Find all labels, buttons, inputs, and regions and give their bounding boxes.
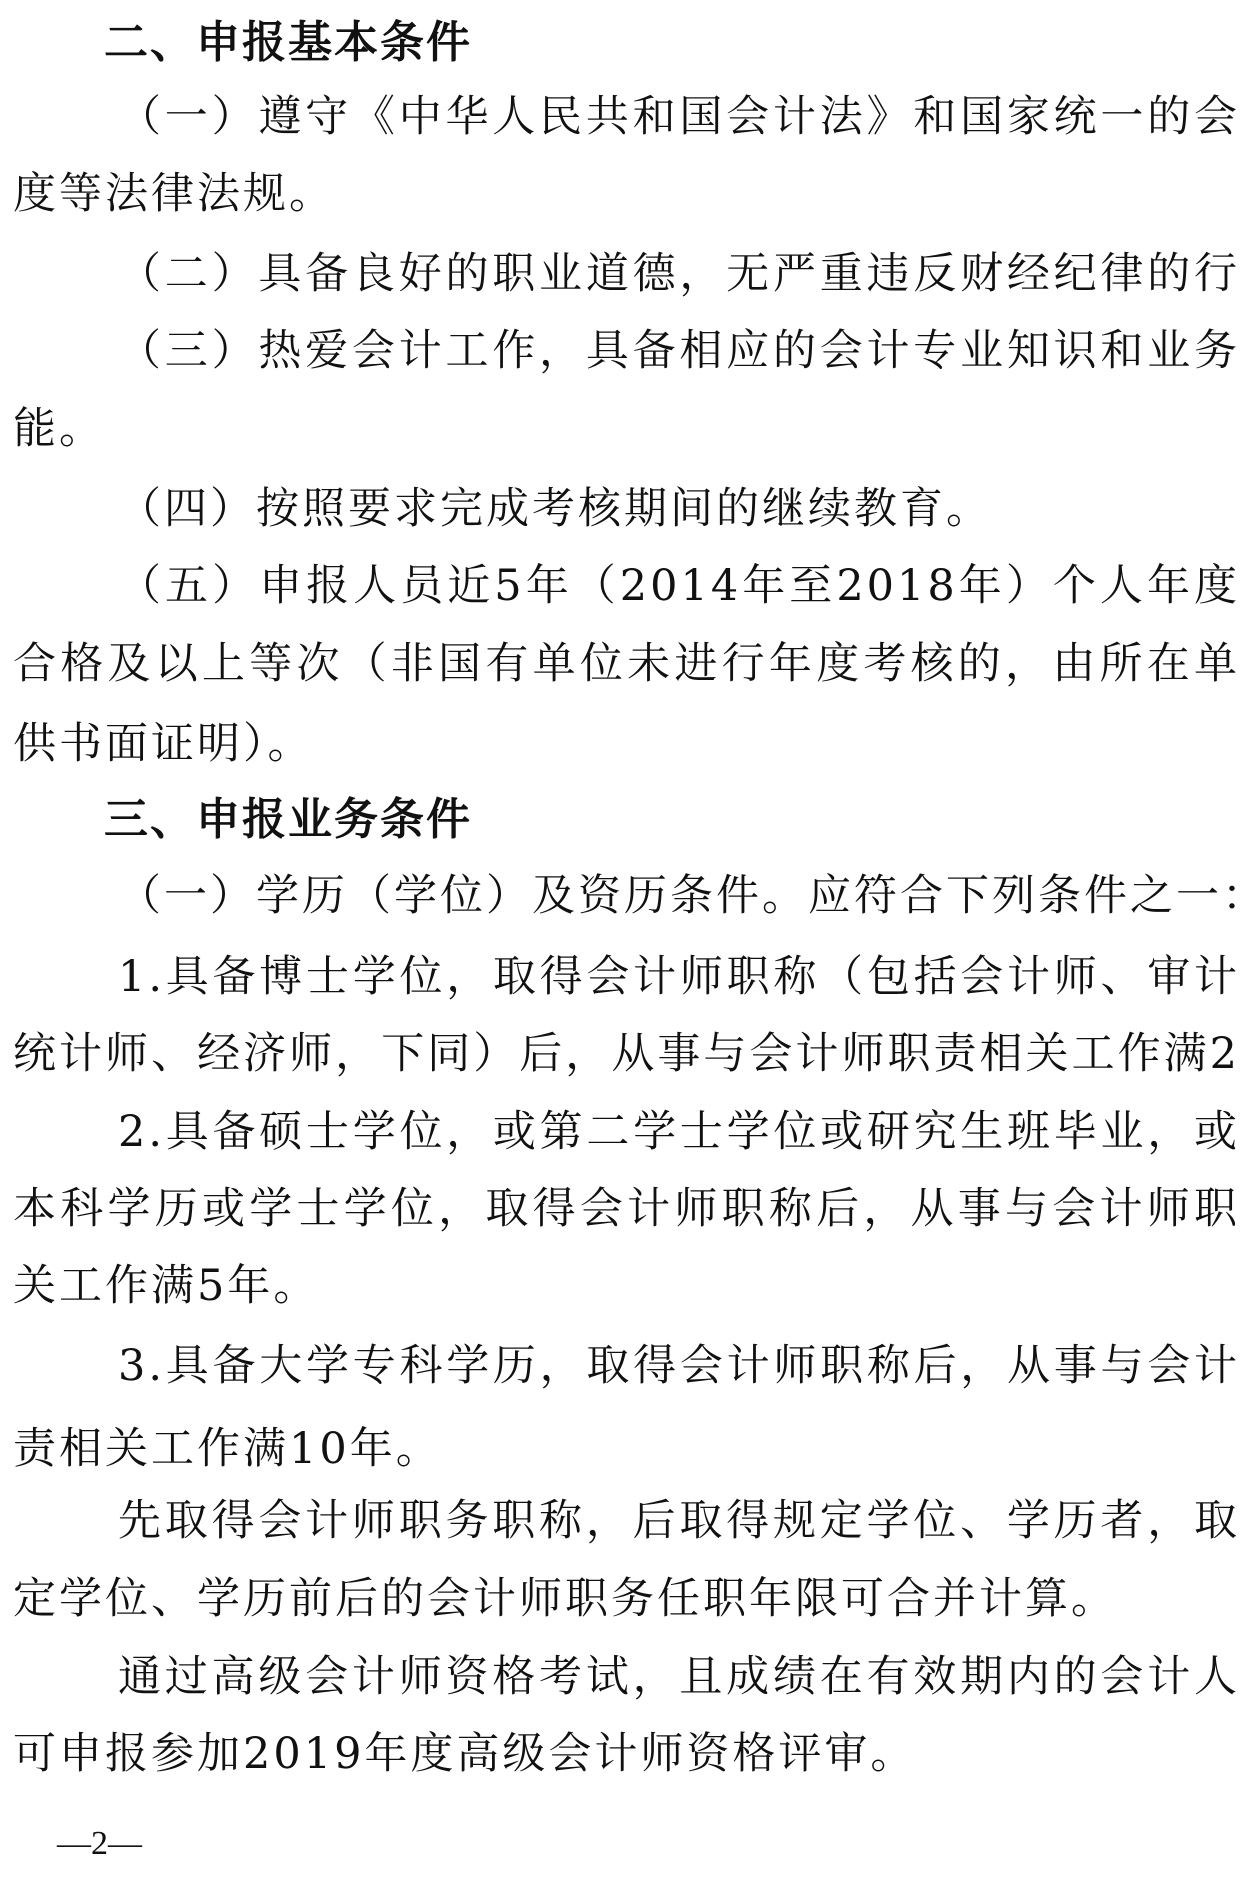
paragraph-line: 统计师、经济师，下同）后，从事与会计师职责相关工作满2年。 [13, 1031, 1240, 1077]
page-number: —2— [57, 1826, 142, 1862]
paragraph-line: （二）具备良好的职业道德，无严重违反财经纪律的行为。 [118, 251, 1240, 297]
paragraph-line: 通过高级会计师资格考试，且成绩在有效期内的会计人员， [118, 1654, 1240, 1700]
paragraph-line: （五）申报人员近5年（2014年至2018年）个人年度考核为 [118, 563, 1240, 609]
document-page: 二、申报基本条件 （一）遵守《中华人民共和国会计法》和国家统一的会计制 度等法律… [0, 0, 1255, 1877]
paragraph-line: 2.具备硕士学位，或第二学士学位或研究生班毕业，或大学 [118, 1109, 1240, 1155]
paragraph-line: 本科学历或学士学位，取得会计师职称后，从事与会计师职责相 [13, 1186, 1240, 1232]
paragraph-line: 可申报参加2019年度高级会计师资格评审。 [13, 1731, 916, 1777]
paragraph-line: 关工作满5年。 [13, 1263, 319, 1309]
paragraph-line: 3.具备大学专科学历，取得会计师职称后，从事与会计师职 [118, 1343, 1240, 1389]
paragraph-line: （四）按照要求完成考核期间的继续教育。 [118, 486, 992, 532]
paragraph-line: 责相关工作满10年。 [13, 1426, 442, 1472]
paragraph-line: 先取得会计师职务职称，后取得规定学位、学历者，取得规 [118, 1498, 1240, 1544]
paragraph-line: 定学位、学历前后的会计师职务任职年限可合并计算。 [13, 1576, 1117, 1622]
paragraph-line: 合格及以上等次（非国有单位未进行年度考核的，由所在单位提 [13, 641, 1240, 687]
paragraph-line: 供书面证明）。 [13, 721, 314, 767]
paragraph-line: 度等法律法规。 [13, 171, 335, 217]
paragraph-line: （三）热爱会计工作，具备相应的会计专业知识和业务技 [118, 328, 1240, 374]
paragraph-line: （一）学历（学位）及资历条件。应符合下列条件之一： [118, 873, 1255, 919]
section-heading-basic-conditions: 二、申报基本条件 [104, 20, 472, 66]
section-heading-business-conditions: 三、申报业务条件 [104, 797, 472, 843]
paragraph-line: 1.具备博士学位，取得会计师职称（包括会计师、审计师、 [118, 954, 1240, 1000]
paragraph-line: （一）遵守《中华人民共和国会计法》和国家统一的会计制 [118, 94, 1240, 140]
paragraph-line: 能。 [13, 406, 105, 452]
